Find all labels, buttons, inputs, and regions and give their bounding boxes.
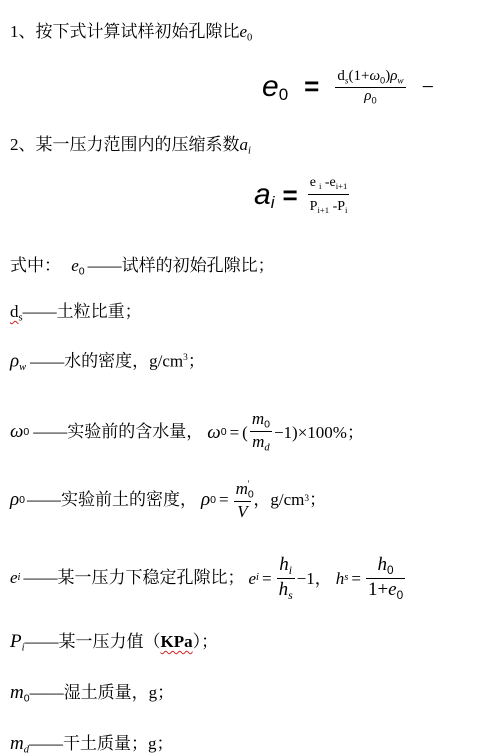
- def-symbol-sub: 0: [23, 427, 29, 438]
- m-symbol: m: [236, 479, 248, 498]
- equals-sign: =: [262, 570, 272, 587]
- def-symbol-sub: 0: [19, 495, 25, 506]
- def-text: 某一压力值（: [59, 632, 161, 651]
- e0-symbol: e: [240, 22, 248, 41]
- fraction-denominator: V: [235, 502, 249, 522]
- def-text: 某一压力下稳定孔隙比；: [57, 552, 244, 604]
- def-symbol: e: [10, 552, 18, 604]
- formula-lhs: e: [262, 70, 279, 104]
- def-symbol: ρ: [10, 476, 19, 524]
- fraction-numerator: ds(1+ω0)ρw: [335, 68, 405, 87]
- pi1-sub: i+1: [317, 205, 329, 215]
- omega-sub: 0: [221, 427, 227, 438]
- rho-symbol: ρ: [201, 490, 210, 509]
- density-formula: ρ0 = m0' V ，g/cm3；: [201, 479, 326, 521]
- em-dash: ——: [33, 408, 67, 456]
- fraction-denominator: ρ0: [362, 88, 378, 106]
- m0-sub: 0: [264, 419, 270, 431]
- void-ratio-formula: e0 = ds(1+ω0)ρw ρ0 −: [262, 68, 434, 106]
- compression-fraction: ei -ei+1 Pi+1 -Pi: [308, 175, 350, 215]
- def-symbol: ρ: [10, 351, 19, 372]
- fraction-denominator: Pi+1 -Pi: [308, 195, 350, 215]
- def-symbol: d: [10, 302, 19, 321]
- def-symbol-sub: w: [19, 362, 26, 373]
- minus-e: -e: [321, 175, 335, 190]
- definition-ds: ds——土粒比重；: [10, 302, 142, 329]
- v-symbol: V: [237, 502, 247, 521]
- h-symbol: h: [378, 554, 388, 575]
- em-dash: ——: [23, 302, 57, 321]
- moisture-formula: ω0 =( m0 md −1)×100%；: [207, 409, 364, 455]
- ai-symbol: a: [240, 135, 249, 154]
- e-symbol: e: [388, 579, 396, 600]
- formula-tail: −1)×100%: [274, 424, 347, 441]
- def-symbol: m: [10, 682, 24, 703]
- em-dash: ——: [23, 552, 57, 604]
- h-symbol: h: [279, 579, 289, 600]
- definition-e0: 式中： e0——试样的初始孔隙比；: [10, 256, 275, 282]
- fraction-numerator: m0: [250, 409, 272, 431]
- em-dash: ——: [30, 683, 64, 702]
- e0-sub: 0: [397, 589, 404, 602]
- def-text: 干土质量；g；: [63, 734, 174, 753]
- pi-sub: i: [345, 205, 347, 215]
- ds-spellcheck: ds: [10, 302, 23, 321]
- ei-sub: i: [256, 573, 259, 584]
- def-text: 试样的初始孔隙比；: [122, 256, 275, 275]
- ei1-sub: i+1: [336, 181, 348, 191]
- section1-heading: 1、按下式计算试样初始孔隙比e0: [10, 22, 252, 49]
- def-end: ；: [347, 424, 364, 441]
- minus-p: -P: [329, 199, 345, 214]
- formula-tail: −1，: [297, 570, 332, 587]
- hs-sub: s: [344, 573, 348, 584]
- def-text: 实验前土的密度，: [61, 476, 197, 524]
- def-text: 湿土质量，g；: [64, 683, 175, 702]
- em-dash: ——: [30, 352, 64, 371]
- where-label: 式中：: [10, 256, 61, 275]
- equals-sign: =: [282, 180, 297, 211]
- ei-formula: ei = hi hs −1，: [248, 554, 331, 602]
- formula-tail: ，g/cm: [253, 491, 304, 508]
- def-text: 实验前的含水量，: [67, 408, 203, 456]
- em-dash: ——: [29, 734, 63, 753]
- def-symbol: ω: [10, 408, 23, 456]
- kpa-unit: KPa: [161, 632, 193, 651]
- def-text: 土粒比重；: [57, 302, 142, 321]
- ds-symbol: d: [337, 68, 345, 84]
- section1-heading-text: 1、按下式计算试样初始孔隙比: [10, 22, 240, 41]
- equals-sign: =: [304, 71, 319, 102]
- rho0-sub: 0: [371, 95, 376, 105]
- trailing-minus: −: [422, 74, 434, 100]
- omega-symbol: ω: [369, 68, 380, 84]
- h-symbol: h: [336, 570, 345, 587]
- def-symbol: P: [10, 631, 22, 652]
- hs-fraction: h0 1+e0: [366, 554, 405, 602]
- definition-omega0: ω0——实验前的含水量， ω0 =( m0 md −1)×100%；: [10, 408, 364, 456]
- fraction-numerator: ei -ei+1: [308, 175, 350, 194]
- e0-subscript: 0: [247, 33, 252, 44]
- formula-lhs-sub: i: [271, 193, 275, 213]
- def-end: ；: [309, 491, 326, 508]
- e-symbol: e: [248, 570, 256, 587]
- equals-sign: =: [219, 491, 229, 508]
- ei-fraction: hi hs: [277, 554, 295, 602]
- void-ratio-fraction: ds(1+ω0)ρw ρ0: [335, 68, 405, 106]
- section2-heading-text: 2、某一压力范围内的压缩系数: [10, 135, 240, 154]
- def-symbol: m: [10, 733, 24, 754]
- def-symbol: e: [71, 256, 79, 275]
- section2-heading: 2、某一压力范围内的压缩系数ai: [10, 135, 251, 162]
- m-symbol: m: [252, 409, 264, 428]
- definition-rho-w: ρw——水的密度，g/cm3；: [10, 348, 205, 378]
- h-symbol: h: [279, 554, 289, 575]
- ai-subscript: i: [248, 146, 251, 157]
- compression-coefficient-formula: ai = ei -ei+1 Pi+1 -Pi: [254, 175, 351, 215]
- def-symbol-sub: i: [18, 573, 21, 584]
- omega-symbol: ω: [207, 423, 220, 442]
- equals-sign: =: [230, 424, 240, 441]
- one-plus: 1+: [368, 579, 388, 600]
- definition-ei: ei——某一压力下稳定孔隙比； ei = hi hs −1， hs = h0 1…: [10, 552, 407, 604]
- em-dash: ——: [25, 632, 59, 651]
- paren-open: (1+: [348, 68, 369, 84]
- ei-symbol: e: [310, 175, 316, 190]
- rho-sub: w: [397, 76, 403, 86]
- density-fraction: m0' V: [234, 479, 252, 521]
- em-dash: ——: [27, 476, 61, 524]
- def-end: ）；: [193, 632, 219, 651]
- moisture-fraction: m0 md: [250, 409, 272, 455]
- definition-md: md——干土质量；g；: [10, 734, 174, 756]
- paren-open: (: [242, 424, 248, 441]
- definition-m0: m0——湿土质量，g；: [10, 683, 174, 709]
- equals-sign: =: [351, 570, 361, 587]
- fraction-numerator: m0': [234, 479, 252, 501]
- hs-formula: hs = h0 1+e0: [336, 554, 407, 602]
- definition-pi: Pi——某一压力值（KPa）；: [10, 632, 218, 659]
- hs-sub: s: [288, 589, 293, 602]
- h0-sub: 0: [387, 564, 394, 577]
- formula-lhs: a: [254, 178, 271, 212]
- hi-sub: i: [289, 564, 292, 577]
- def-text: 水的密度，g/cm: [64, 352, 183, 371]
- rho-sub: 0: [210, 495, 216, 506]
- fraction-denominator: 1+e0: [366, 579, 405, 603]
- definition-rho0: ρ0——实验前土的密度， ρ0 = m0' V ，g/cm3；: [10, 476, 326, 524]
- md-sub: d: [264, 443, 269, 454]
- m-symbol: m: [252, 432, 264, 451]
- em-dash: ——: [88, 256, 122, 275]
- formula-lhs-sub: 0: [279, 85, 288, 105]
- fraction-numerator: h0: [376, 554, 396, 578]
- def-end: ；: [188, 352, 205, 371]
- fraction-denominator: md: [250, 432, 272, 455]
- fraction-numerator: hi: [277, 554, 294, 578]
- fraction-denominator: hs: [277, 579, 295, 603]
- def-symbol-sub: 0: [79, 266, 85, 278]
